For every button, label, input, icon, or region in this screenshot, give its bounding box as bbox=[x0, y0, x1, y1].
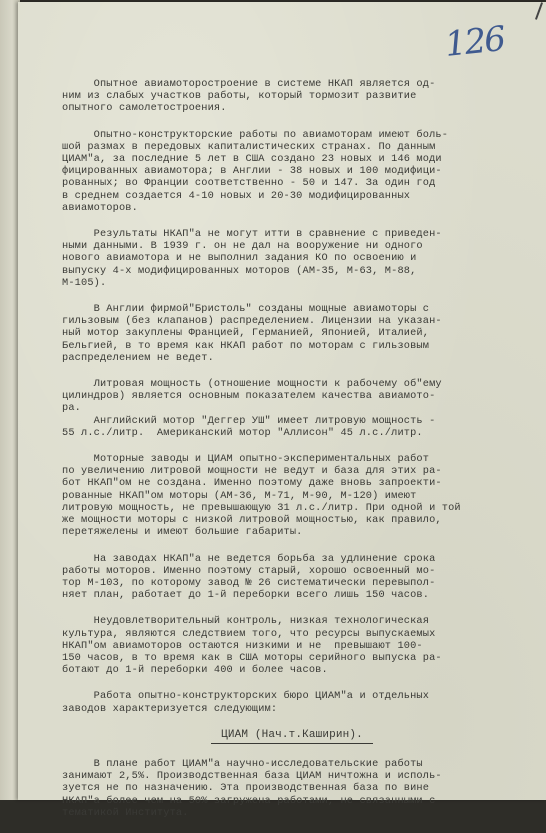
text-line: в среднем создается 4-10 новых и 20-30 м… bbox=[62, 190, 522, 202]
paragraph-quality-control: Неудовлетворительный контроль, низкая те… bbox=[62, 615, 522, 676]
text-line: нового авиамотора и не выполнил задания … bbox=[62, 252, 522, 264]
text-line: заводов характеризуется следующим: bbox=[62, 703, 522, 715]
text-line: работы моторов. Именно поэтому старый, х… bbox=[62, 565, 522, 577]
text-line: зуется не по назначению. Эта производств… bbox=[62, 782, 522, 794]
text-line: Неудовлетворительный контроль, низкая те… bbox=[62, 615, 522, 627]
paragraph-bristol: В Англии фирмой"Бристоль" созданы мощные… bbox=[62, 303, 522, 364]
paragraph-nkap-results: Результаты НКАП"а не могут итти в сравне… bbox=[62, 228, 522, 289]
final-paragraph: В плане работ ЦИАМ"а научно-исследовател… bbox=[62, 758, 522, 800]
text-line: Работа опытно-конструкторских бюро ЦИАМ"… bbox=[62, 690, 522, 702]
text-line: Английский мотор "Деггер УШ" имеет литро… bbox=[62, 415, 522, 427]
text-line: перетяжелены и имеют большие габариты. bbox=[62, 526, 522, 538]
text-line: по увеличению литровой мощности не ведут… bbox=[62, 465, 522, 477]
paragraph-list: Опытное авиамоторостроение в системе НКА… bbox=[62, 78, 522, 715]
text-line: бот НКАП"ом не создана. Именно поэтому д… bbox=[62, 477, 522, 489]
text-line: Литровая мощность (отношение мощности к … bbox=[62, 378, 522, 390]
text-line: В плане работ ЦИАМ"а научно-исследовател… bbox=[62, 758, 522, 770]
text-line: культура, являются следствием того, что … bbox=[62, 628, 522, 640]
text-line: выпуску 4-х модифицированных моторов (АМ… bbox=[62, 265, 522, 277]
text-line: Опытно-конструкторские работы по авиамот… bbox=[62, 129, 522, 141]
document-body: Опытное авиамоторостроение в системе НКА… bbox=[62, 78, 522, 800]
text-line: фицированных авиамотора; в Англии - 38 н… bbox=[62, 165, 522, 177]
text-line: ЦИАМ"а, за последние 5 лет в США создано… bbox=[62, 153, 522, 165]
text-line: НКАП"а более чем на 50% загружена работа… bbox=[62, 795, 522, 800]
text-line: ним из слабых участков работы, который т… bbox=[62, 90, 522, 102]
text-line: литровую мощность, не превышающую 31 л.с… bbox=[62, 502, 522, 514]
text-line: опытного самолетостроения. bbox=[62, 102, 522, 114]
text-line: авиамоторов. bbox=[62, 202, 522, 214]
text-line: 55 л.с./литр. Американский мотор "Аллисо… bbox=[62, 427, 522, 439]
text-line: рованных; во Франции соответственно - 50… bbox=[62, 177, 522, 189]
text-line: ботают до 1-й переборки 400 и более часо… bbox=[62, 664, 522, 676]
text-line: ный мотор закуплены Францией, Германией,… bbox=[62, 327, 522, 339]
text-line: рованные НКАП"ом моторы (АМ-36, М-71, М-… bbox=[62, 490, 522, 502]
text-line: Моторные заводы и ЦИАМ опытно-эксперимен… bbox=[62, 453, 522, 465]
text-line: няет план, работает до 1-й переборки все… bbox=[62, 589, 522, 601]
text-line: же мощности моторы с низкой литровой мощ… bbox=[62, 514, 522, 526]
text-line: На заводах НКАП"а не ведется борьба за у… bbox=[62, 553, 522, 565]
text-line: цилиндров) является основным показателем… bbox=[62, 390, 522, 402]
handwritten-page-number: 126 bbox=[443, 19, 506, 65]
corner-mark bbox=[535, 2, 543, 20]
text-line: шой размах в передовых капиталистических… bbox=[62, 141, 522, 153]
underlying-page-edge bbox=[0, 0, 20, 800]
text-line: Результаты НКАП"а не могут итти в сравне… bbox=[62, 228, 522, 240]
paragraph-liter-power: Литровая мощность (отношение мощности к … bbox=[62, 378, 522, 439]
text-line: В Англии фирмой"Бристоль" созданы мощные… bbox=[62, 303, 522, 315]
text-line: М-105). bbox=[62, 277, 522, 289]
paragraph-intro: Опытное авиамоторостроение в системе НКА… bbox=[62, 78, 522, 115]
text-line: ра. bbox=[62, 402, 522, 414]
text-line: Бельгией, в то время как НКАП работ по м… bbox=[62, 340, 522, 352]
text-line: тор М-103, по которому завод № 26 систем… bbox=[62, 577, 522, 589]
paragraph-motor-life: На заводах НКАП"а не ведется борьба за у… bbox=[62, 553, 522, 602]
section-heading-text: ЦИАМ (Нач.т.Каширин). bbox=[211, 729, 373, 744]
text-line: гильзовым (без клапанов) распределением.… bbox=[62, 315, 522, 327]
text-line: Опытное авиамоторостроение в системе НКА… bbox=[62, 78, 522, 90]
text-line: ными данными. В 1939 г. он не дал на воо… bbox=[62, 240, 522, 252]
section-heading: ЦИАМ (Нач.т.Каширин). bbox=[62, 729, 522, 744]
text-line: 150 часов, в то время как в США моторы с… bbox=[62, 652, 522, 664]
text-line: НКАП"ом авиамоторов остаются низкими и н… bbox=[62, 640, 522, 652]
paragraph-bureau-intro: Работа опытно-конструкторских бюро ЦИАМ"… bbox=[62, 690, 522, 714]
text-line: распределением не ведет. bbox=[62, 352, 522, 364]
paragraph-nkap-motors: Моторные заводы и ЦИАМ опытно-эксперимен… bbox=[62, 453, 522, 538]
paragraph-foreign-scale: Опытно-конструкторские работы по авиамот… bbox=[62, 129, 522, 214]
text-line: занимают 2,5%. Производственная база ЦИА… bbox=[62, 770, 522, 782]
